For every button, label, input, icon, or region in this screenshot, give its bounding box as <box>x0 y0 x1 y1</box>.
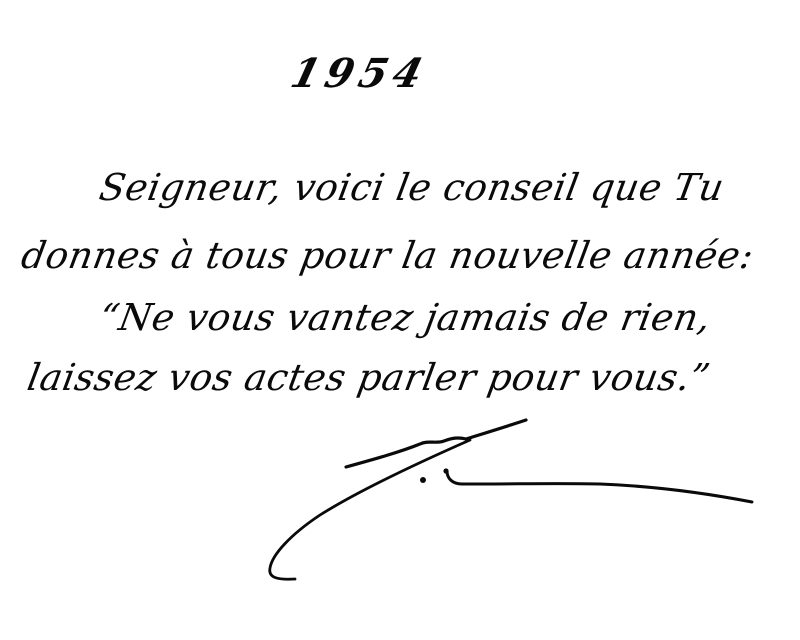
signature-dot-left <box>420 477 426 483</box>
signature-baseline-stroke <box>447 471 752 502</box>
handwritten-note-page: 1954 Seigneur, voici le conseil que Tu d… <box>0 0 800 640</box>
signature-icon <box>0 0 800 640</box>
signature-upper-stroke <box>346 420 526 467</box>
signature-dot-right <box>443 468 448 473</box>
